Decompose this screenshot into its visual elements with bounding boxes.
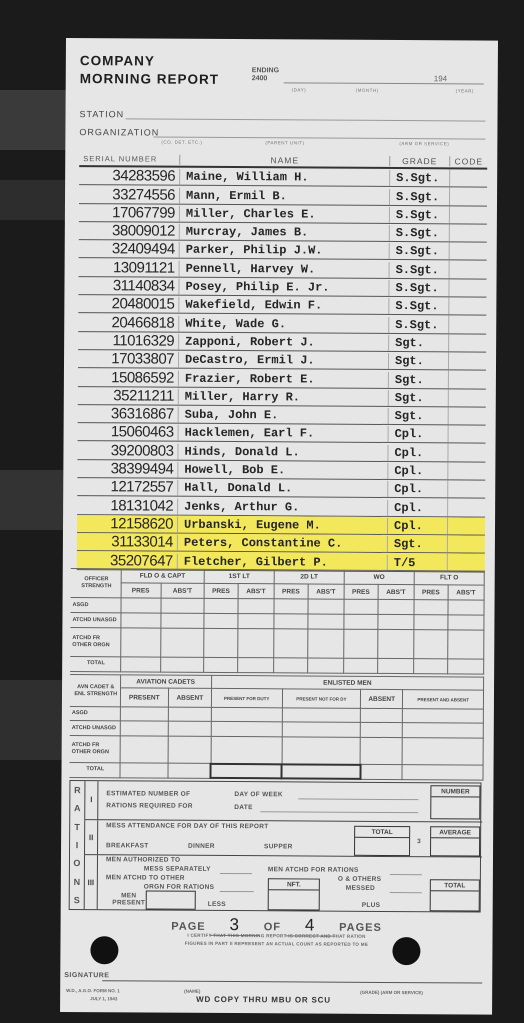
soldier-name: Hinds, Donald L. [177, 443, 387, 460]
code-cell[interactable] [449, 243, 487, 261]
serial-number: 20466818 [78, 314, 178, 332]
header-grade: GRADE [389, 155, 449, 165]
date-field[interactable] [260, 811, 418, 813]
code-cell[interactable] [449, 261, 487, 279]
officer-strength-cell[interactable] [274, 614, 308, 629]
soldier-name: Wakefield, Edwin F. [178, 297, 388, 314]
grade: Cpl. [387, 463, 447, 479]
row-label-atchd-fr-other: ATCHD FR OTHER ORGN [70, 628, 120, 657]
serial-number: 33274556 [79, 186, 179, 204]
month-sublabel: (MONTH) [356, 88, 379, 93]
row-label-asgd: ASGD [70, 707, 120, 722]
rations-section-2: II MESS ATTENDANCE FOR DAY OF THIS REPOR… [84, 819, 482, 856]
soldier-name: Hacklemen, Earl F. [178, 425, 388, 442]
enlisted-column-header: PRESENT [120, 688, 169, 707]
abst-header: ABS'T [448, 585, 485, 600]
enlisted-strength-cell[interactable] [119, 763, 168, 778]
code-cell[interactable] [448, 389, 486, 407]
men-present-label: MEN PRESENT [112, 892, 146, 906]
background-stripe [0, 180, 70, 220]
rations-letter: S [74, 895, 80, 905]
serial-number: 38399494 [77, 460, 177, 478]
date-field[interactable] [284, 82, 484, 84]
aviation-cadets-header: AVIATION CADETS [120, 675, 211, 689]
organization-field[interactable] [153, 137, 485, 140]
serial-number: 32409494 [79, 241, 179, 259]
row-label-atchd-unasgd: ATCHD UNASGD [70, 613, 120, 628]
enlisted-strength-cell[interactable] [211, 763, 282, 778]
year-prefix: 194 [434, 74, 447, 83]
roster-row: 32409494Parker, Philip J.W.S.Sgt. [79, 240, 487, 261]
soldier-name: Frazier, Robert E. [178, 370, 388, 387]
header-code: CODE [449, 156, 487, 166]
roster-row: 31133014Peters, Constantine C.Sgt. [77, 533, 485, 554]
soldier-name: Mann, Ermil B. [179, 187, 389, 204]
enlisted-strength-cell[interactable] [211, 736, 282, 764]
serial-number: 15086592 [78, 369, 178, 387]
serial-number: 12172557 [77, 478, 177, 496]
officer-strength-cell[interactable] [377, 630, 414, 659]
grade: Sgt. [388, 408, 448, 424]
messed-field[interactable] [390, 892, 422, 893]
soldier-name: Jenks, Arthur G. [177, 498, 387, 515]
officer-strength-cell[interactable] [204, 614, 238, 629]
enlisted-strength-cell[interactable] [360, 737, 403, 764]
code-cell[interactable] [447, 499, 485, 517]
grade: S.Sgt. [389, 207, 449, 223]
rations-letter: N [74, 877, 81, 887]
certify-text: I CERTIFY THAT THIS MORNING REPORT IS CO… [121, 932, 433, 939]
grade: Cpl. [387, 481, 447, 497]
code-cell[interactable] [447, 517, 485, 535]
officer-strength-cell[interactable] [120, 628, 160, 657]
roster-row: 38009012Murcray, James B.S.Sgt. [79, 222, 487, 243]
soldier-name: Miller, Charles E. [179, 206, 389, 223]
enlisted-strength-cell[interactable] [360, 723, 402, 738]
grade: Sgt. [388, 372, 448, 388]
soldier-name: White, Wade G. [178, 315, 388, 332]
enlisted-strength-cell[interactable] [211, 722, 282, 737]
enlisted-strength-cell[interactable] [282, 708, 360, 723]
enlisted-strength-cell[interactable] [282, 764, 360, 779]
rations-section-1: I ESTIMATED NUMBER OF RATIONS REQUIRED F… [84, 781, 482, 821]
rations-letter: I [76, 840, 79, 850]
header-serial-number: SERIAL NUMBER [79, 154, 179, 164]
code-cell[interactable] [449, 206, 487, 224]
officer-strength-cell[interactable] [274, 629, 308, 658]
rations-letter: T [74, 822, 80, 832]
rations-section-3: III MEN AUTHORIZED TO MESS SEPARATELY ME… [84, 854, 482, 911]
officer-strength-cell[interactable] [377, 615, 413, 630]
code-cell[interactable] [447, 535, 485, 553]
enlisted-strength-table: AVN CADET & ENL STRENGTH AVIATION CADETS… [69, 674, 484, 781]
soldier-name: Suba, John E. [178, 407, 388, 424]
serial-number: 20480015 [78, 295, 178, 313]
roster-row: 34283596Maine, William H.S.Sgt. [79, 167, 487, 188]
row-label-asgd: ASGD [70, 598, 120, 613]
total-box[interactable]: TOTAL [430, 879, 480, 911]
breakfast-label: BREAKFAST [106, 842, 148, 849]
serial-number: 17033807 [78, 350, 178, 368]
abst-header: ABS'T [308, 584, 344, 599]
roster-row: 12172557Hall, Donald L.Cpl. [77, 478, 485, 499]
roster-row: 39200803Hinds, Donald L.Cpl. [77, 442, 485, 463]
number-box[interactable]: NUMBER [430, 785, 480, 819]
background-stripe [0, 680, 70, 760]
code-cell[interactable] [448, 352, 486, 370]
officer-strength-cell[interactable] [160, 613, 204, 628]
group-wo: WO [344, 570, 414, 584]
signature-label: SIGNATURE [64, 972, 109, 979]
enlisted-strength-label: AVN CADET & ENL STRENGTH [70, 675, 120, 707]
roster-table: SERIAL NUMBER NAME GRADE CODE 34283596Ma… [77, 152, 488, 572]
signature-field[interactable] [102, 980, 482, 983]
ending-label: ENDING 2400 [252, 67, 279, 83]
men-atchd-for-rations-field[interactable] [390, 874, 422, 875]
pres-header: PRES [274, 584, 308, 599]
soldier-name: Murcray, James B. [179, 224, 389, 241]
soldier-name: Pennell, Harvey W. [179, 260, 389, 277]
rations-letter: R [74, 785, 81, 795]
form-title: COMPANY MORNING REPORT [80, 52, 219, 89]
code-cell[interactable] [447, 462, 485, 480]
officer-strength-cell[interactable] [120, 613, 160, 628]
enlisted-strength-cell[interactable] [282, 722, 360, 737]
rations-letter: A [74, 803, 81, 813]
messed-label: MESSED [346, 885, 375, 892]
enlisted-column-header: PRESENT NOT FOR DY [282, 689, 360, 708]
punch-hole [392, 937, 420, 965]
soldier-name: Zapponi, Robert J. [178, 334, 388, 351]
year-sublabel: (YEAR) [456, 88, 474, 93]
officer-strength-cell[interactable] [447, 630, 484, 659]
officer-strength-cell[interactable] [307, 658, 343, 673]
roster-row: 35211211Miller, Harry R.Sgt. [78, 387, 486, 408]
morning-report-form: COMPANY MORNING REPORT ENDING 2400 194 (… [60, 38, 498, 1015]
pres-header: PRES [204, 583, 238, 598]
estimated-label: ESTIMATED NUMBER OF [106, 790, 190, 798]
roster-row: 36316867Suba, John E.Sgt. [78, 405, 486, 426]
enlisted-strength-cell[interactable] [120, 707, 169, 722]
copy-note: WD COPY THRU MBU OR SCU [196, 995, 331, 1005]
code-cell[interactable] [447, 554, 485, 572]
code-cell[interactable] [447, 480, 485, 498]
org-sublabel-company: (CO. DET. ETC.) [161, 140, 202, 145]
enlisted-strength-cell[interactable] [403, 723, 484, 738]
grade: S.Sgt. [389, 225, 449, 241]
grade: S.Sgt. [389, 170, 449, 186]
serial-number: 39200803 [77, 442, 177, 460]
officer-strength-cell[interactable] [160, 628, 204, 657]
enlisted-strength-cell[interactable] [360, 764, 402, 779]
grade: Sgt. [388, 353, 448, 369]
men-authorized-label: MEN AUTHORIZED TO [106, 856, 180, 863]
officer-strength-cell[interactable] [414, 600, 448, 615]
officer-strength-cell[interactable] [274, 658, 308, 673]
soldier-name: Hall, Donald L. [177, 480, 387, 497]
date-label: DATE [234, 804, 252, 811]
station-field[interactable] [126, 118, 486, 121]
code-cell[interactable] [449, 169, 487, 187]
organization-label: ORGANIZATION [79, 127, 159, 137]
o-others-label: O & OTHERS [338, 876, 381, 883]
officer-strength-cell[interactable] [120, 657, 160, 672]
officer-strength-cell[interactable] [204, 598, 238, 613]
serial-number: 15060463 [78, 424, 178, 442]
org-sublabel-parent: (PARENT UNIT) [265, 140, 304, 145]
nft-box[interactable]: NFT. [268, 878, 320, 910]
roster-row: 20466818White, Wade G.S.Sgt. [78, 313, 486, 334]
code-cell[interactable] [448, 425, 486, 443]
officer-strength-cell[interactable] [344, 614, 378, 629]
plus-label: PLUS [362, 902, 381, 909]
enlisted-strength-cell[interactable] [360, 708, 402, 723]
officer-strength-cell[interactable] [238, 614, 274, 629]
less-label: LESS [208, 901, 226, 908]
org-sublabel-arm: (ARM OR SERVICE) [399, 141, 449, 146]
serial-number: 13091121 [79, 259, 179, 277]
grade: S.Sgt. [389, 262, 449, 278]
row-label-total: TOTAL [70, 656, 120, 672]
soldier-name: Parker, Philip J.W. [179, 242, 389, 259]
enlisted-strength-cell[interactable] [282, 737, 361, 765]
officer-strength-cell[interactable] [307, 614, 343, 629]
total-box[interactable]: TOTAL [354, 826, 410, 856]
grade: Sgt. [388, 390, 448, 406]
roster-row: 12158620Urbanski, Eugene M.Cpl. [77, 515, 485, 536]
name-sublabel: (NAME) [184, 989, 200, 994]
form-date: JULY 1, 1943 [90, 996, 117, 1001]
code-cell[interactable] [448, 334, 486, 352]
form-number: W.D., A.G.O. FORM NO. 1 [66, 988, 120, 993]
mess-attendance-label: MESS ATTENDANCE FOR DAY OF THIS REPORT [106, 822, 268, 830]
roster-row: 18131042Jenks, Arthur G.Cpl. [77, 496, 485, 517]
enlisted-strength-cell[interactable] [403, 737, 484, 765]
serial-number: 35207647 [77, 552, 177, 570]
officer-strength-label: OFFICER STRENGTH [71, 569, 121, 598]
enlisted-column-header: PRESENT FOR DUTY [211, 688, 282, 707]
roster-row: 15086592Frazier, Robert E.Sgt. [78, 368, 486, 389]
grade: Cpl. [387, 445, 447, 461]
soldier-name: Maine, William H. [179, 169, 389, 186]
officer-strength-cell[interactable] [274, 599, 308, 614]
supper-label: SUPPER [264, 843, 293, 850]
officer-strength-cell[interactable] [238, 599, 274, 614]
code-cell[interactable] [448, 297, 486, 315]
roster-rows: 34283596Maine, William H.S.Sgt.33274556M… [77, 167, 487, 572]
officer-strength-cell[interactable] [160, 657, 204, 672]
enlisted-column-header: ABSENT [360, 689, 403, 708]
enlisted-strength-cell[interactable] [168, 763, 211, 778]
serial-number: 17067799 [79, 204, 179, 222]
officer-strength-cell[interactable] [414, 630, 448, 659]
roster-row: 33274556Mann, Ermil B.S.Sgt. [79, 185, 487, 206]
officer-strength-cell[interactable] [237, 629, 274, 658]
section-numeral: II [84, 820, 98, 854]
code-cell[interactable] [447, 444, 485, 462]
rations-section: RATIONS I ESTIMATED NUMBER OF RATIONS RE… [69, 780, 482, 913]
row-label-atchd-fr-other: ATCHD FR OTHER ORGN [70, 735, 120, 762]
officer-strength-cell[interactable] [377, 658, 413, 673]
officer-strength-cell[interactable] [308, 599, 344, 614]
day-sublabel: (DAY) [292, 87, 306, 92]
group-fld-o-capt: FLD O & CAPT [121, 569, 205, 584]
enlisted-strength-cell[interactable] [120, 721, 169, 736]
row-label-atchd-unasgd: ATCHD UNASGD [70, 721, 120, 736]
orgn-for-rations-field[interactable] [220, 891, 254, 892]
officer-strength-cell[interactable] [414, 658, 448, 673]
enlisted-strength-cell[interactable] [168, 722, 211, 737]
divisor: 3 [417, 838, 421, 845]
grade: Cpl. [388, 426, 448, 442]
code-cell[interactable] [449, 188, 487, 206]
serial-number: 12158620 [77, 515, 177, 533]
code-cell[interactable] [448, 371, 486, 389]
roster-row: 17067799Miller, Charles E.S.Sgt. [79, 204, 487, 225]
roster-row: 13091121Pennell, Harvey W.S.Sgt. [79, 259, 487, 280]
grade: T/5 [387, 555, 447, 571]
rations-required-label: RATIONS REQUIRED FOR [106, 802, 192, 810]
pres-header: PRES [414, 585, 448, 600]
grade: S.Sgt. [389, 243, 449, 259]
enlisted-strength-cell[interactable] [211, 707, 282, 722]
serial-number: 31140834 [78, 277, 178, 295]
grade: S.Sgt. [388, 317, 448, 333]
background-stripe [0, 90, 70, 150]
mess-separately-field[interactable] [220, 873, 252, 874]
enlisted-strength-cell[interactable] [168, 736, 211, 763]
enlisted-strength-cell[interactable] [403, 709, 484, 724]
abst-header: ABS'T [238, 584, 274, 599]
grade: Sgt. [388, 335, 448, 351]
serial-number: 18131042 [77, 497, 177, 515]
officer-strength-cell[interactable] [204, 629, 238, 658]
grade: Cpl. [387, 518, 447, 534]
officer-strength-cell[interactable] [447, 615, 484, 630]
officer-strength-table: OFFICER STRENGTH FLD O & CAPT 1ST LT 2D … [70, 568, 485, 675]
officer-strength-cell[interactable] [447, 659, 484, 674]
grade-sublabel: (GRADE) (ARM OR SERVICE) [360, 990, 423, 995]
station-label: STATION [80, 109, 125, 119]
day-of-week-label: DAY OF WEEK [234, 791, 282, 798]
grade: Cpl. [387, 500, 447, 516]
men-atchd-for-rations-label: MEN ATCHD FOR RATIONS [268, 866, 359, 874]
serial-number: 36316867 [78, 405, 178, 423]
soldier-name: DeCastro, Ermil J. [178, 352, 388, 369]
men-present-box[interactable] [146, 891, 196, 910]
serial-number: 31133014 [77, 533, 177, 551]
punch-hole [90, 936, 118, 964]
soldier-name: Howell, Bob E. [177, 462, 387, 479]
officer-strength-cell[interactable] [344, 599, 378, 614]
enlisted-column-header: ABSENT [169, 688, 212, 707]
day-of-week-field[interactable] [298, 798, 418, 800]
mess-separately-label: MESS SEPARATELY [144, 865, 211, 872]
officer-strength-cell[interactable] [120, 598, 160, 613]
group-1st-lt: 1ST LT [204, 569, 274, 583]
code-cell[interactable] [448, 279, 486, 297]
pres-header: PRES [344, 584, 378, 599]
code-cell[interactable] [448, 316, 486, 334]
soldier-name: Posey, Philip E. Jr. [178, 279, 388, 296]
row-label-total: TOTAL [69, 763, 119, 778]
grade: S.Sgt. [388, 298, 448, 314]
officer-strength-cell[interactable] [204, 657, 238, 672]
roster-row: 31140834Posey, Philip E. Jr.S.Sgt. [78, 277, 486, 298]
pres-header: PRES [121, 583, 161, 598]
header-name: NAME [179, 154, 389, 165]
section-numeral: III [84, 855, 98, 909]
grade: S.Sgt. [388, 280, 448, 296]
enlisted-strength-cell[interactable] [168, 707, 211, 722]
enlisted-strength-cell[interactable] [402, 765, 483, 780]
average-box[interactable]: AVERAGE [430, 826, 480, 856]
group-flt-o: FLT O [414, 571, 484, 585]
officer-strength-cell[interactable] [414, 615, 448, 630]
grade: S.Sgt. [389, 189, 449, 205]
officer-strength-cell[interactable] [237, 657, 273, 672]
soldier-name: Peters, Constantine C. [177, 535, 387, 552]
abst-header: ABS'T [378, 584, 414, 599]
officer-strength-cell[interactable] [344, 630, 378, 659]
abst-header: ABS'T [161, 583, 205, 598]
serial-number: 34283596 [79, 167, 179, 185]
soldier-name: Miller, Harry R. [178, 389, 388, 406]
men-atchd-other-label: MEN ATCHD TO OTHER [106, 874, 185, 881]
roster-row: 38399494Howell, Bob E.Cpl. [77, 460, 485, 481]
serial-number: 11016329 [78, 332, 178, 350]
group-2d-lt: 2D LT [274, 570, 344, 584]
officer-strength-cell[interactable] [378, 599, 414, 614]
officer-strength-cell[interactable] [161, 598, 205, 613]
serial-number: 38009012 [79, 222, 179, 240]
certify-text: FIGURES IN PART II REPRESENT AN ACTUAL C… [120, 940, 432, 947]
officer-strength-cell[interactable] [448, 600, 485, 615]
roster-row: 20480015Wakefield, Edwin F.S.Sgt. [78, 295, 486, 316]
serial-number: 35211211 [78, 387, 178, 405]
code-cell[interactable] [449, 224, 487, 242]
grade: Sgt. [387, 536, 447, 552]
roster-row: 17033807DeCastro, Ermil J.Sgt. [78, 350, 486, 371]
dinner-label: DINNER [188, 843, 215, 850]
officer-strength-cell[interactable] [344, 658, 378, 673]
rations-letter: O [73, 858, 80, 868]
enlisted-strength-cell[interactable] [120, 736, 169, 763]
roster-row: 11016329Zapponi, Robert J.Sgt. [78, 332, 486, 353]
section-numeral: I [84, 781, 98, 819]
rations-side-label: RATIONS [70, 781, 85, 909]
enlisted-column-header: PRESENT AND ABSENT [403, 690, 484, 709]
code-cell[interactable] [448, 407, 486, 425]
roster-row: 15060463Hacklemen, Earl F.Cpl. [78, 423, 486, 444]
background-stripe [0, 470, 70, 530]
officer-strength-cell[interactable] [307, 629, 344, 658]
soldier-name: Urbanski, Eugene M. [177, 517, 387, 534]
